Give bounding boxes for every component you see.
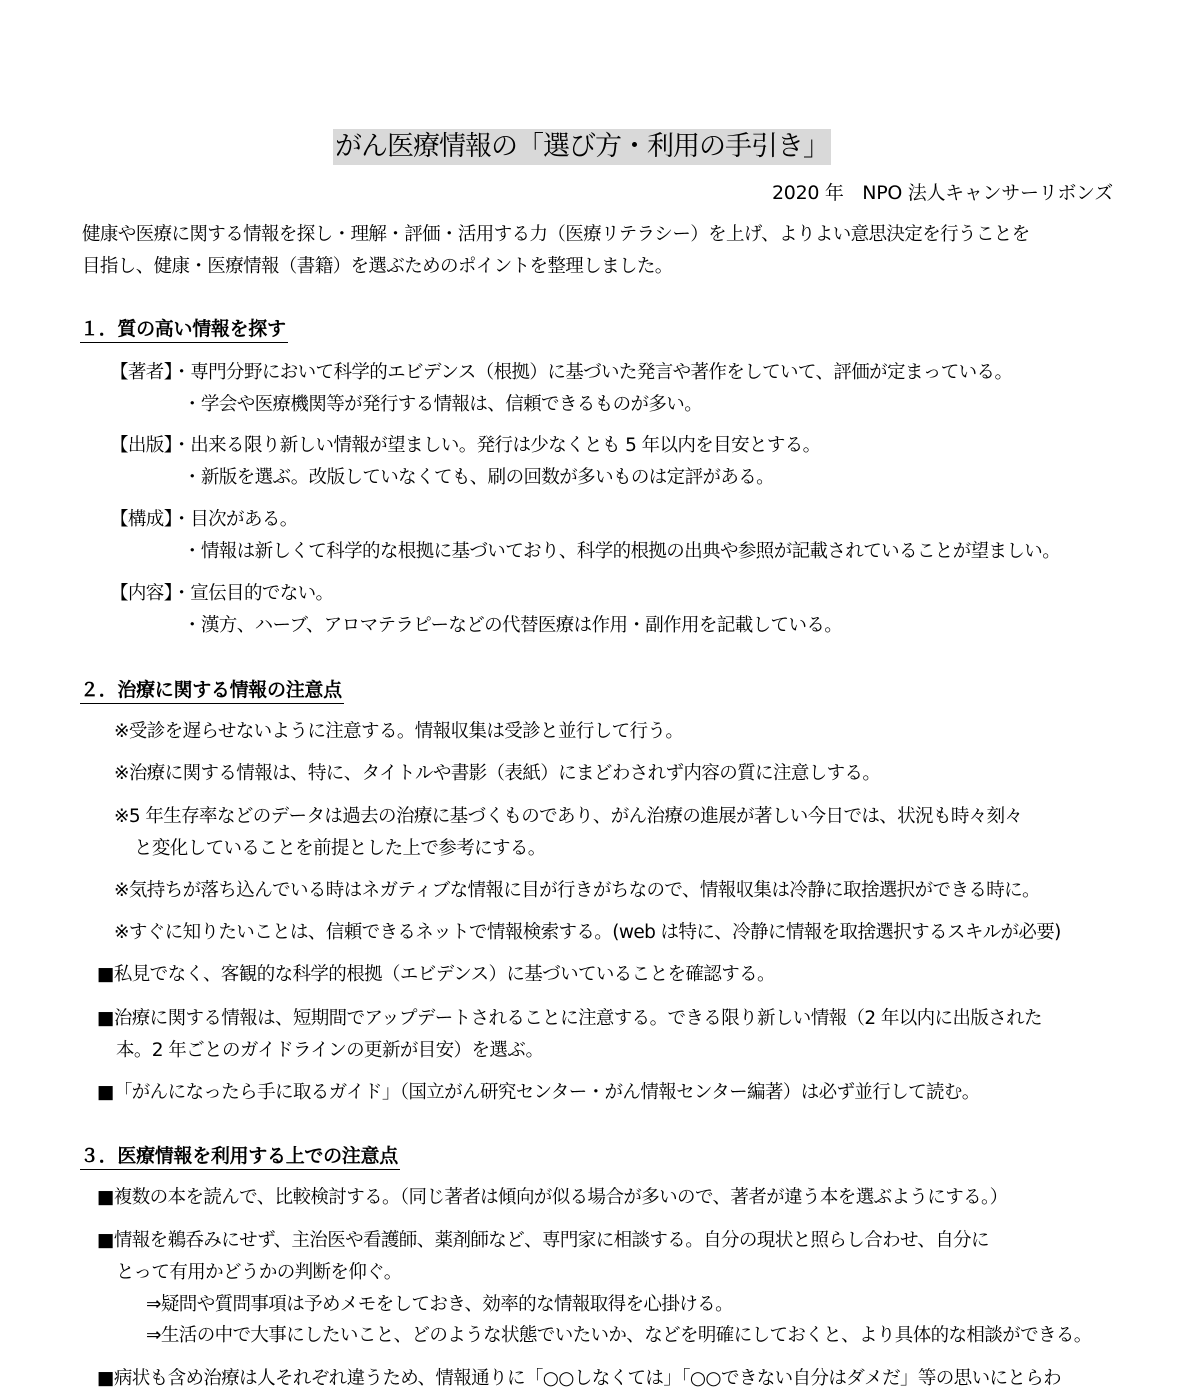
section-3-heading: ３．医療情報を利用する上での注意点 — [80, 1143, 400, 1170]
section-2-line: ※気持ちが落ち込んでいる時はネガティブな情報に目が行きがちなので、情報収集は冷静… — [114, 878, 1040, 904]
section-1-line: 【内容】・宣伝目的でない。 — [110, 581, 333, 607]
document-title: がん医療情報の「選び方・利用の手引き」 — [333, 129, 831, 165]
section-1-line: 【出版】・出来る限り新しい情報が望ましい。発行は少なくとも 5 年以内を目安とす… — [110, 433, 821, 459]
section-1-line: ・情報は新しくて科学的な根拠に基づいており、科学的根拠の出典や参照が記載されてい… — [183, 539, 1060, 565]
section-2-line: ※すぐに知りたいことは、信頼できるネットで情報検索する。(web は特に、冷静に… — [114, 920, 1061, 946]
section-2-bullet: ■治療に関する情報は、短期間でアップデートされることに注意する。できる限り新しい… — [97, 1006, 1042, 1032]
section-1-line: 【構成】・目次がある。 — [110, 507, 298, 533]
section-2-line: ※治療に関する情報は、特に、タイトルや書影（表紙）にまどわされず内容の質に注意し… — [114, 761, 880, 787]
section-3-bullet: ■病状も含め治療は人それぞれ違うため、情報通りに「○○しなくては」「○○できない… — [97, 1366, 1061, 1388]
section-2-bullet-cont: 本。2 年ごとのガイドラインの更新が目安）を選ぶ。 — [116, 1038, 543, 1064]
section-1-line: 【著者】・専門分野において科学的エビデンス（根拠）に基づいた発言や著作をしていて… — [110, 360, 1012, 386]
section-2-bullet: ■私見でなく、客観的な科学的根拠（エビデンス）に基づいていることを確認する。 — [97, 962, 775, 988]
section-2-line: ※5 年生存率などのデータは過去の治療に基づくものであり、がん治療の進展が著しい… — [114, 804, 1022, 830]
section-3-subpoint: ⇒疑問や質問事項は予めメモをしておき、効率的な情報取得を心掛ける。 — [146, 1292, 733, 1318]
section-1-line: ・学会や医療機関等が発行する情報は、信頼できるものが多い。 — [183, 392, 702, 418]
document-byline: 2020 年 NPO 法人キャンサーリボンズ — [772, 180, 1113, 206]
section-2-line: と変化していることを前提とした上で参考にする。 — [134, 836, 546, 862]
section-2-line: ※受診を遅らせないように注意する。情報収集は受診と並行して行う。 — [114, 719, 683, 745]
section-3-bullet: ■情報を鵜呑みにせず、主治医や看護師、薬剤師など、専門家に相談する。自分の現状と… — [97, 1228, 989, 1254]
section-1-line: ・新版を選ぶ。改版していなくても、刷の回数が多いものは定評がある。 — [183, 465, 774, 491]
section-2-bullet: ■「がんになったら手に取るガイド」（国立がん研究センター・がん情報センター編著）… — [97, 1080, 980, 1106]
section-1-line: ・漢方、ハーブ、アロマテラピーなどの代替医療は作用・副作用を記載している。 — [183, 613, 842, 639]
section-3-subpoint: ⇒生活の中で大事にしたいこと、どのような状態でいたいか、などを明確にしておくと、… — [146, 1323, 1092, 1349]
section-3-bullet-cont: とって有用かどうかの判断を仰ぐ。 — [116, 1260, 402, 1286]
section-2-heading: ２．治療に関する情報の注意点 — [80, 677, 344, 704]
intro-line-1: 健康や医療に関する情報を探し・理解・評価・活用する力（医療リテラシー）を上げ、よ… — [82, 222, 1030, 248]
section-1-heading: １．質の高い情報を探す — [80, 316, 288, 343]
section-3-bullet: ■複数の本を読んで、比較検討する。（同じ著者は傾向が似る場合が多いので、著者が違… — [97, 1185, 1008, 1211]
intro-line-2: 目指し、健康・医療情報（書籍）を選ぶためのポイントを整理しました。 — [82, 254, 673, 280]
